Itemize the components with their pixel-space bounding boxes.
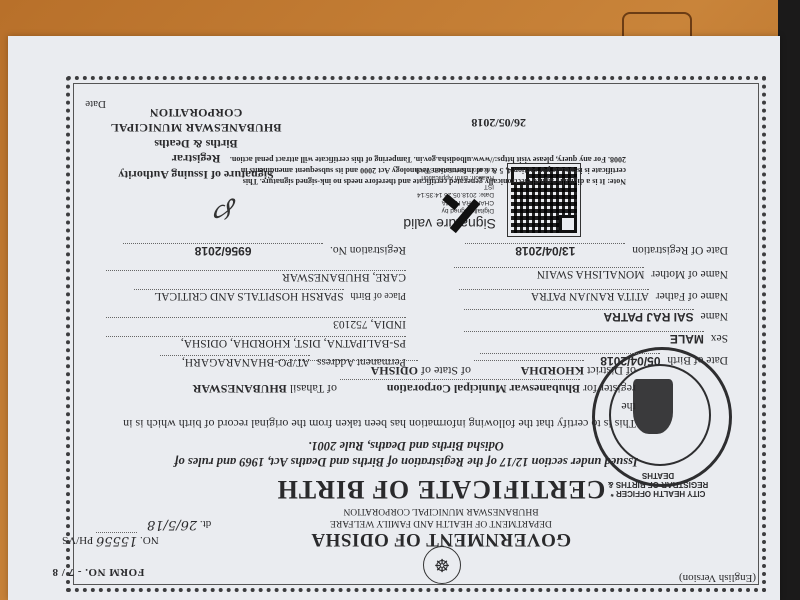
certificate-number: NO. 15556 PH/VS: [62, 532, 159, 548]
reg-date-label: Date Of Registration: [632, 244, 728, 256]
government-heading: GOVERNMENT OF ODISHA: [276, 528, 606, 550]
register-for-value: Bhubaneswar Municipal Corporation: [340, 379, 580, 397]
register-for-label: register for: [583, 382, 636, 396]
dt-value: 26/5/18: [147, 517, 197, 532]
language-label: (English Version): [679, 572, 756, 584]
odisha-emblem-icon: ☸: [423, 546, 461, 584]
certify-paragraph: This is to certify that the following in…: [116, 360, 636, 432]
place-of-birth-field: Place of Birth SPARSH HOSPITALS AND CRIT…: [106, 270, 406, 302]
certificate-paper: (English Version) FORM NO. - 7 / 8 ☸ GOV…: [8, 36, 780, 600]
name-label: Name: [701, 310, 728, 322]
father-label: Name of Father: [656, 290, 728, 302]
certify-intro: This is to certify that the following in…: [116, 397, 636, 432]
address-line-3: INDIA, 752103: [106, 317, 406, 330]
name-field: Name SAI RAJ PATRA: [438, 309, 728, 324]
stamp-text: CITY HEALTH OFFICER * REGISTRAR OF BIRTH…: [593, 471, 723, 498]
cert-no-suffix: PH/VS: [62, 534, 93, 546]
authority-line-1: Signature of Issuing Authority: [96, 166, 296, 182]
department-heading: DEPARTMENT OF HEALTH AND FAMILY WELFARE: [276, 518, 606, 528]
mother-value: MONALISHA SWAIN: [454, 267, 644, 280]
authority-line-4: BHUBANESWAR MUNICIPAL CORPORATION: [96, 104, 296, 135]
tahasil-value: BHUBANESWAR: [193, 382, 287, 396]
registration-number-field: Registration No. 6956/2018: [106, 243, 406, 258]
issuing-authority: Signature of Issuing Authority Registrar…: [96, 104, 296, 182]
cert-no-value: 15556: [96, 532, 137, 548]
address-field: Permanent Address AT/PO-BHANARAGARH, PS-…: [106, 317, 406, 368]
place-line-1: SPARSH HOSPITALS AND CRITICAL: [134, 289, 344, 302]
sex-label: Sex: [711, 332, 728, 344]
place-label: Place of Birth: [350, 290, 406, 301]
dob-label: Date of Birth: [667, 354, 728, 366]
father-value: ATITA RANJAN PATRA: [459, 289, 649, 302]
certificate-title: CERTIFICATE OF BIRTH: [256, 474, 626, 504]
tahasil-label: of Tahasil: [290, 382, 337, 396]
cert-no-label: NO.: [140, 534, 159, 546]
dob-field: Date of Birth 05/04/2018: [438, 353, 728, 368]
address-line-1: AT/PO-BHANARAGARH,: [160, 355, 310, 368]
handwritten-signature: ℘: [186, 192, 236, 232]
certificate-dated: dt. 26/5/18: [147, 517, 211, 532]
registration-date-field: Date Of Registration 13/04/2018: [438, 243, 728, 258]
reg-no-label: Registration No.: [330, 244, 406, 256]
issued-under-text: Issued under section 12/17 of the Regist…: [171, 438, 641, 471]
sex-field: Sex MALE: [438, 331, 728, 346]
reg-no-value: 6956/2018: [123, 243, 323, 258]
mother-label: Name of Mother: [651, 268, 728, 280]
corporation-heading: BHUBANESWAR MUNICIPAL CORPORATION: [276, 506, 606, 516]
sex-value: MALE: [464, 331, 704, 346]
name-value: SAI RAJ PATRA: [464, 309, 694, 324]
dob-value: 05/04/2018: [480, 353, 660, 368]
certificate-content: (English Version) FORM NO. - 7 / 8 ☸ GOV…: [32, 52, 756, 582]
signature-valid-status: Signature valid: [403, 216, 496, 232]
certificate-photo-rotated: (English Version) FORM NO. - 7 / 8 ☸ GOV…: [0, 36, 790, 600]
date-label: Date: [85, 98, 106, 110]
mother-field: Name of Mother MONALISHA SWAIN: [438, 267, 728, 280]
reg-date-value: 13/04/2018: [465, 243, 625, 258]
dt-label: dt.: [200, 518, 211, 530]
place-line-2: CARE, BHUBANESWAR: [106, 270, 406, 283]
ds-line-3: Date: 2018.05.26 14:35:14: [384, 190, 494, 198]
form-number: FORM NO. - 7 / 8: [52, 566, 144, 578]
ashoka-lion-emblem-icon: [633, 379, 673, 434]
authority-line-2: Registrar: [96, 151, 296, 167]
address-line-2: PS-BALIPATNA, DIST, KHORDHA, ODISHA,: [106, 336, 406, 349]
address-label: Permanent Address: [317, 356, 406, 368]
authority-line-3: Births & Deaths: [96, 135, 296, 151]
issue-date: 26/05/2018: [471, 115, 526, 130]
father-field: Name of Father ATITA RANJAN PATRA: [438, 289, 728, 302]
